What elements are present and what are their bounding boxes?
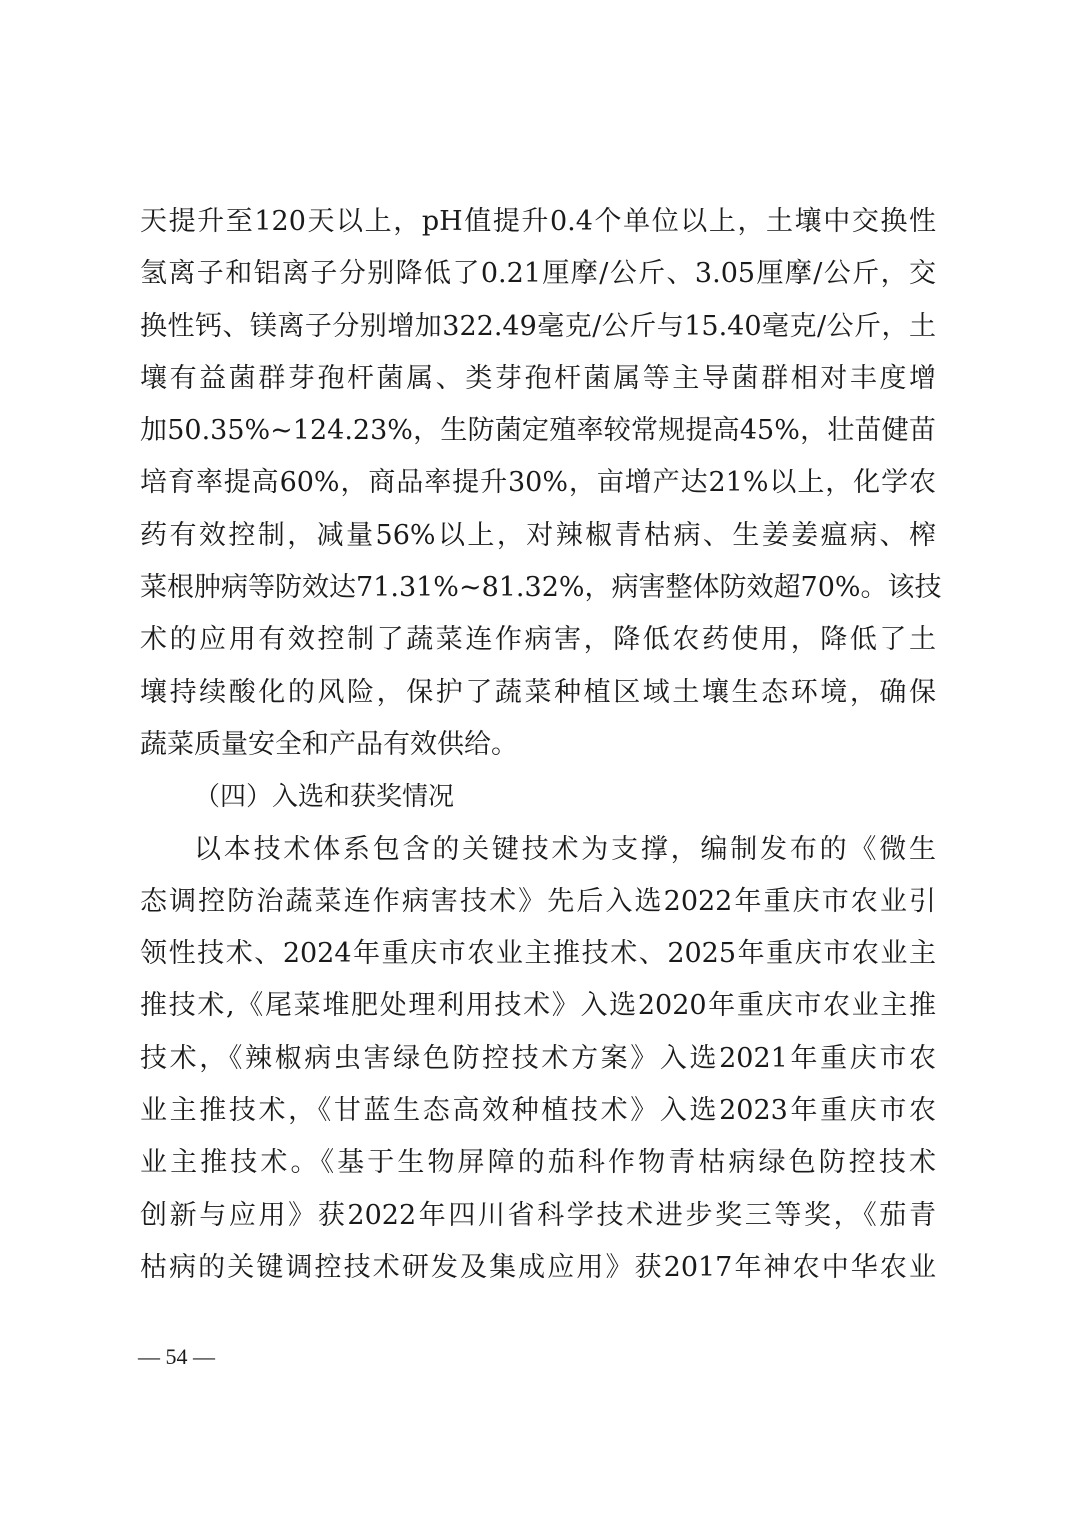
text-line: 推技术,《尾菜堆肥处理利用技术》入选2020年重庆市农业主推 (140, 980, 936, 1032)
text-line: 换性钙、镁离子分别增加322.49毫克/公斤与15.40毫克/公斤，土 (140, 301, 936, 353)
text-line: 氢离子和铝离子分别降低了0.21厘摩/公斤、3.05厘摩/公斤，交 (140, 248, 936, 300)
text-line: 菜根肿病等防效达71.31%~81.32%，病害整体防效超70%。该技 (140, 562, 936, 614)
section-heading: （四）入选和获奖情况 (140, 771, 936, 823)
paragraph-soil-results: 天提升至120天以上，pH值提升0.4个单位以上，土壤中交换性 氢离子和铝离子分… (140, 196, 936, 771)
text-line: 以本技术体系包含的关键技术为支撑，编制发布的《微生 (140, 824, 936, 876)
text-line: 天提升至120天以上，pH值提升0.4个单位以上，土壤中交换性 (140, 196, 936, 248)
text-line: 业主推技术，《甘蓝生态高效种植技术》入选2023年重庆市农 (140, 1085, 936, 1137)
text-line: 枯病的关键调控技术研发及集成应用》获2017年神农中华农业 (140, 1242, 936, 1294)
text-line: 培育率提高60%，商品率提升30%，亩增产达21%以上，化学农 (140, 457, 936, 509)
text-line: 业主推技术。《基于生物屏障的茄科作物青枯病绿色防控技术 (140, 1137, 936, 1189)
page-number: — 54 — (138, 1344, 215, 1370)
text-line: 蔬菜质量安全和产品有效供给。 (140, 719, 936, 771)
text-line: 药有效控制，减量56%以上，对辣椒青枯病、生姜姜瘟病、榨 (140, 510, 936, 562)
text-line: 术的应用有效控制了蔬菜连作病害，降低农药使用，降低了土 (140, 614, 936, 666)
text-line: 加50.35%~124.23%，生防菌定殖率较常规提高45%，壮苗健苗 (140, 405, 936, 457)
document-page: 天提升至120天以上，pH值提升0.4个单位以上，土壤中交换性 氢离子和铝离子分… (140, 196, 936, 1294)
text-line: 壤持续酸化的风险，保护了蔬菜种植区域土壤生态环境，确保 (140, 667, 936, 719)
text-line: 技术，《辣椒病虫害绿色防控技术方案》入选2021年重庆市农 (140, 1033, 936, 1085)
text-line: 创新与应用》获2022年四川省科学技术进步奖三等奖，《茄青 (140, 1190, 936, 1242)
text-line: 壤有益菌群芽孢杆菌属、类芽孢杆菌属等主导菌群相对丰度增 (140, 353, 936, 405)
paragraph-awards: 以本技术体系包含的关键技术为支撑，编制发布的《微生 态调控防治蔬菜连作病害技术》… (140, 824, 936, 1295)
text-line: 态调控防治蔬菜连作病害技术》先后入选2022年重庆市农业引 (140, 876, 936, 928)
text-line: 领性技术、2024年重庆市农业主推技术、2025年重庆市农业主 (140, 928, 936, 980)
